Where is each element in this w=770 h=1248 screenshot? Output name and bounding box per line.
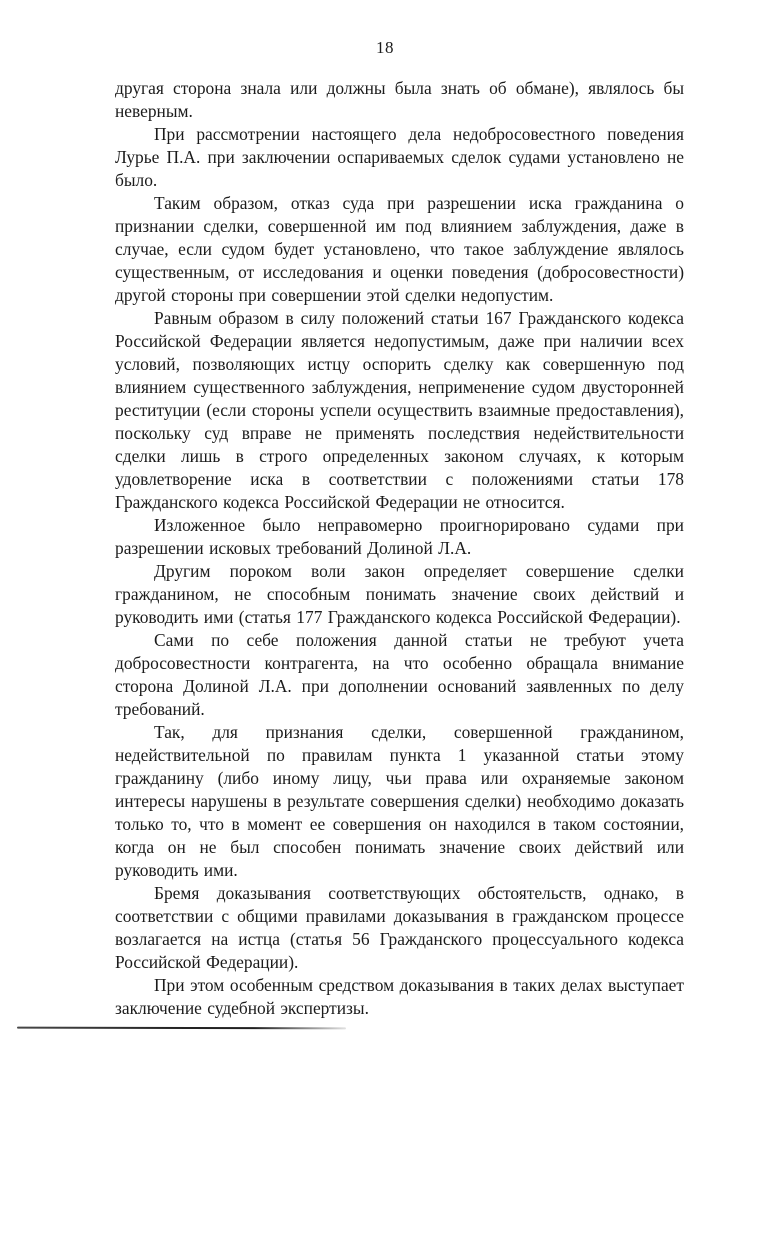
paragraph: Сами по себе положения данной статьи не … — [115, 629, 684, 721]
paragraph: Бремя доказывания соответствующих обстоя… — [115, 882, 684, 974]
paragraph: При рассмотрении настоящего дела недобро… — [115, 123, 684, 192]
footnote-separator-line — [17, 1027, 346, 1030]
document-body: другая сторона знала или должны была зна… — [115, 77, 684, 1020]
page-number: 18 — [0, 38, 770, 58]
paragraph: Равным образом в силу положений статьи 1… — [115, 307, 684, 514]
paragraph: При этом особенным средством доказывания… — [115, 974, 684, 1020]
paragraph: Так, для признания сделки, совершенной г… — [115, 721, 684, 882]
paragraph: Таким образом, отказ суда при разрешении… — [115, 192, 684, 307]
paragraph: Другим пороком воли закон определяет сов… — [115, 560, 684, 629]
paragraph: другая сторона знала или должны была зна… — [115, 77, 684, 123]
document-page: 18 другая сторона знала или должны была … — [0, 0, 770, 1248]
paragraph: Изложенное было неправомерно проигнориро… — [115, 514, 684, 560]
